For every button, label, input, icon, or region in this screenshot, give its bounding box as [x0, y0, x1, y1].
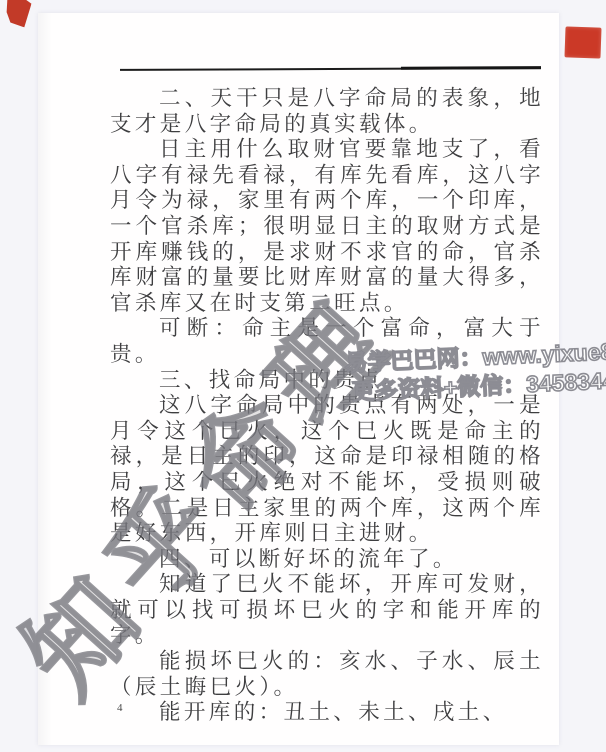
scanned-page-screenshot: 二、天干只是八字命局的表象，地支才是八字命局的真实载体。日主用什么取财官要靠地支… [0, 0, 606, 752]
red-seal-mark-top-left [3, 0, 33, 28]
paragraph: 三、找命局中的贵点。 [110, 368, 544, 394]
red-seal-mark-top-right [564, 26, 601, 58]
paragraph: 这八字命局中的贵点有两处，一是月令这个巳火，这个巳火既是命主的禄，是日主的印，这… [110, 393, 544, 547]
page-gutter-shadow [38, 13, 52, 745]
page-number: 4 [117, 702, 123, 714]
paragraph: 二、天干只是八字命局的表象，地支才是八字命局的真实载体。 [110, 86, 544, 137]
paragraph: 能损坏巳火的：亥水、子水、辰土（辰土晦巳火）。 [110, 649, 544, 700]
paragraph: 日主用什么取财官要靠地支了，看八字有禄先看禄，有库先看库，这八字月令为禄，家里有… [110, 137, 544, 316]
paragraph: 能开库的：丑土、未土、戌土、 [110, 700, 544, 726]
paragraph: 知道了巳火不能坏，开库可发财，就可以找可损坏巳火的字和能开库的字。 [110, 572, 544, 649]
paragraph: 四、可以断好坏的流年了。 [110, 547, 544, 573]
body-text: 二、天干只是八字命局的表象，地支才是八字命局的真实载体。日主用什么取财官要靠地支… [110, 86, 544, 726]
paragraph: 可断：命主是一个富命，富大于贵。 [110, 316, 544, 367]
